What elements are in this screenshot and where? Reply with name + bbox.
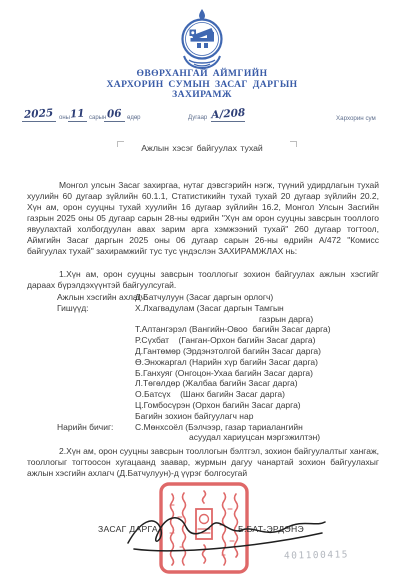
member-name: Багийн зохион байгуулагч нар	[135, 411, 253, 421]
clause-1: 1.Хүн ам, орон сууцны завсрын тооллогыг …	[27, 269, 379, 291]
member-name-continuation: асуудал хариуцсан мэргэжилтэн)	[189, 432, 320, 442]
day-handwritten: 06	[107, 108, 122, 121]
document-title: Ажлын хэсэг байгуулах тухай	[0, 143, 404, 153]
doc-type-label: ЗАХИРАМЖ	[0, 90, 404, 101]
working-group-row: Ц.Гомбосүрэн (Орхон багийн Засаг дарга)	[27, 400, 379, 411]
member-name: Л.Төгөлдөр (Жалбаа багийн Засаг дарга)	[135, 378, 298, 388]
working-group-row: Ажлын хэсгийн ахлагч: Д.Батчулуун (Засаг…	[27, 292, 379, 303]
member-name: О.Батсүх (Шанх багийн Засаг дарга)	[135, 389, 285, 399]
registration-number-stamp: 401100415	[284, 549, 349, 561]
number-handwritten: А/208	[211, 107, 246, 121]
member-name: Б.Ганхуяг (Онгоцон-Ухаа багийн Засаг дар…	[135, 368, 313, 378]
member-name: Д.Батчулуун (Засаг даргын орлогч)	[135, 292, 273, 302]
working-group-row: Б.Ганхуяг (Онгоцон-Ухаа багийн Засаг дар…	[27, 368, 379, 379]
member-name: Ц.Гомбосүрэн (Орхон багийн Засаг дарга)	[135, 400, 301, 410]
month-handwritten: 11	[70, 108, 85, 121]
member-name: Х.Лхагвадулам (Засаг даргын Тамгын	[135, 303, 284, 313]
signature-row: ЗАСАГ ДАРГА Б.БАТ-ЭРДЭНЭ	[0, 521, 404, 535]
clause-2: 2.Хүн ам, орон сууцны завсрын тооллогын …	[27, 446, 379, 479]
org-line-aimag: ӨВӨРХАНГАЙ АЙМГИЙН	[0, 69, 404, 80]
year-field: 2025	[22, 108, 56, 122]
working-group-list: Ажлын хэсгийн ахлагч: Д.Батчулуун (Засаг…	[27, 292, 379, 443]
member-name: Ө.Энхжаргал (Нарийн хүр багийн Засаг дар…	[135, 357, 318, 367]
working-group-row: Р.Сүхбат (Ганган-Орхон багийн Засаг дарг…	[27, 335, 379, 346]
role-label: Нарийн бичиг:	[57, 422, 113, 432]
working-group-row: газрын дарга)	[27, 314, 379, 325]
number-label: Дугаар	[188, 115, 207, 121]
working-group-row: Л.Төгөлдөр (Жалбаа багийн Засаг дарга)	[27, 378, 379, 389]
member-name: С.Мөнхсоёл (Бэлчээр, газар тариалангийн	[135, 422, 303, 432]
member-name: Р.Сүхбат (Ганган-Орхон багийн Засаг дарг…	[135, 335, 315, 345]
issuing-authority-header: ӨВӨРХАНГАЙ АЙМГИЙН ХАРХОРИН СУМЫН ЗАСАГ …	[0, 69, 404, 101]
role-label: Ажлын хэсгийн ахлагч:	[57, 292, 148, 302]
state-emblem-icon	[167, 8, 237, 70]
signer-position-title: ЗАСАГ ДАРГА	[98, 524, 158, 534]
location-label: Хархорин сум	[336, 115, 376, 122]
working-group-row: О.Батсүх (Шанх багийн Засаг дарга)	[27, 389, 379, 400]
signer-name: Б.БАТ-ЭРДЭНЭ	[238, 524, 304, 534]
role-label: Гишүүд:	[57, 303, 89, 313]
decree-document-page: ӨВӨРХАНГАЙ АЙМГИЙН ХАРХОРИН СУМЫН ЗАСАГ …	[0, 0, 404, 584]
member-name-continuation: газрын дарга)	[259, 314, 313, 324]
title-row: Ажлын хэсэг байгуулах тухай	[0, 141, 404, 155]
working-group-row: Нарийн бичиг: С.Мөнхсоёл (Бэлчээр, газар…	[27, 422, 379, 433]
preamble-paragraph: Монгол улсын Засаг захиргаа, нутаг дэвсг…	[27, 180, 379, 257]
year-handwritten: 2025	[24, 107, 54, 121]
working-group-row: Д.Гантөмөр (Эрдэнэтолгой багийн Засаг да…	[27, 346, 379, 357]
working-group-row: асуудал хариуцсан мэргэжилтэн)	[27, 432, 379, 443]
day-label: өдөр	[127, 115, 141, 121]
number-field: А/208	[211, 108, 245, 122]
working-group-row: Багийн зохион байгуулагч нар	[27, 411, 379, 422]
month-field: 11	[68, 108, 87, 122]
working-group-row: Гишүүд: Х.Лхагвадулам (Засаг даргын Тамг…	[27, 303, 379, 314]
day-field: 06	[104, 108, 125, 122]
member-name: Т.Алтангэрэл (Вангийн-Овоо багийн Засаг …	[135, 324, 331, 334]
working-group-row: Ө.Энхжаргал (Нарийн хүр багийн Засаг дар…	[27, 357, 379, 368]
working-group-row: Т.Алтангэрэл (Вангийн-Овоо багийн Засаг …	[27, 324, 379, 335]
member-name: Д.Гантөмөр (Эрдэнэтолгой багийн Засаг да…	[135, 346, 321, 356]
meta-line: 2025 оны 11 сарын 06 өдөр Дугаар А/208 Х…	[0, 108, 404, 126]
